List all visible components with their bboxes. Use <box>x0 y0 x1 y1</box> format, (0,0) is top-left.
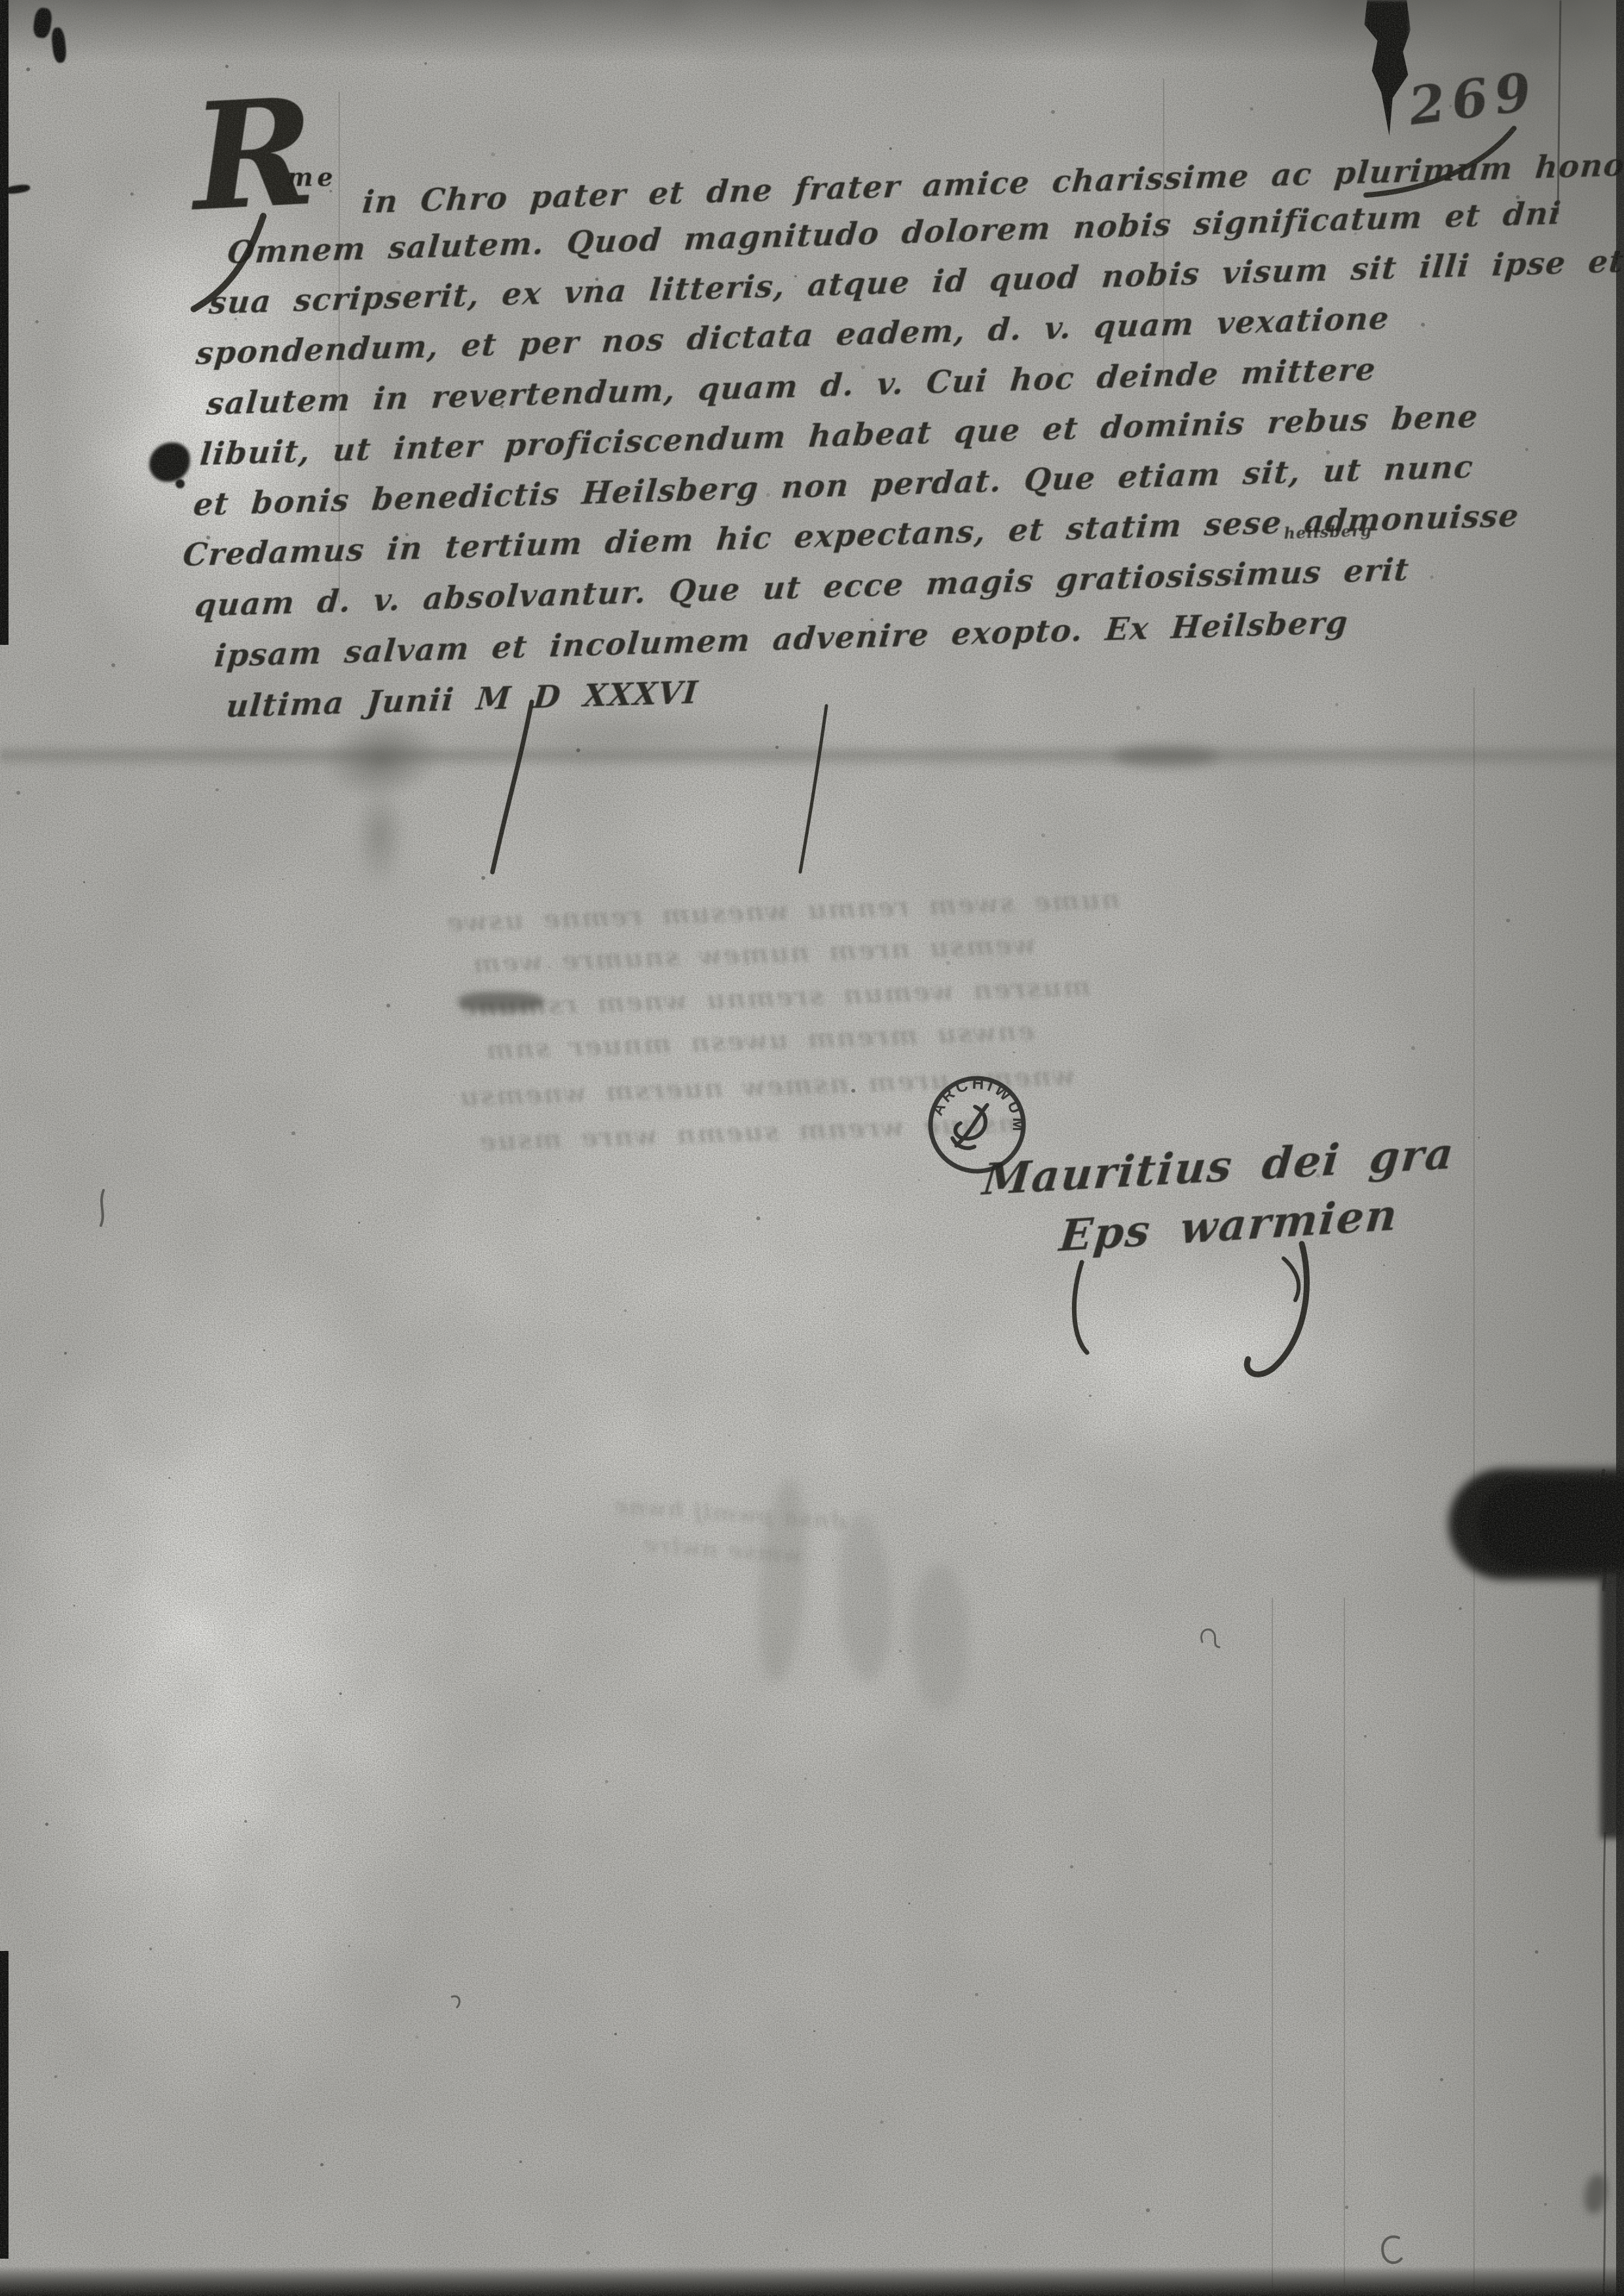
grain-overlay <box>0 0 1624 2296</box>
manuscript-scan-page: nume swem renmu wnesum remne uswe wemsu … <box>0 0 1624 2296</box>
